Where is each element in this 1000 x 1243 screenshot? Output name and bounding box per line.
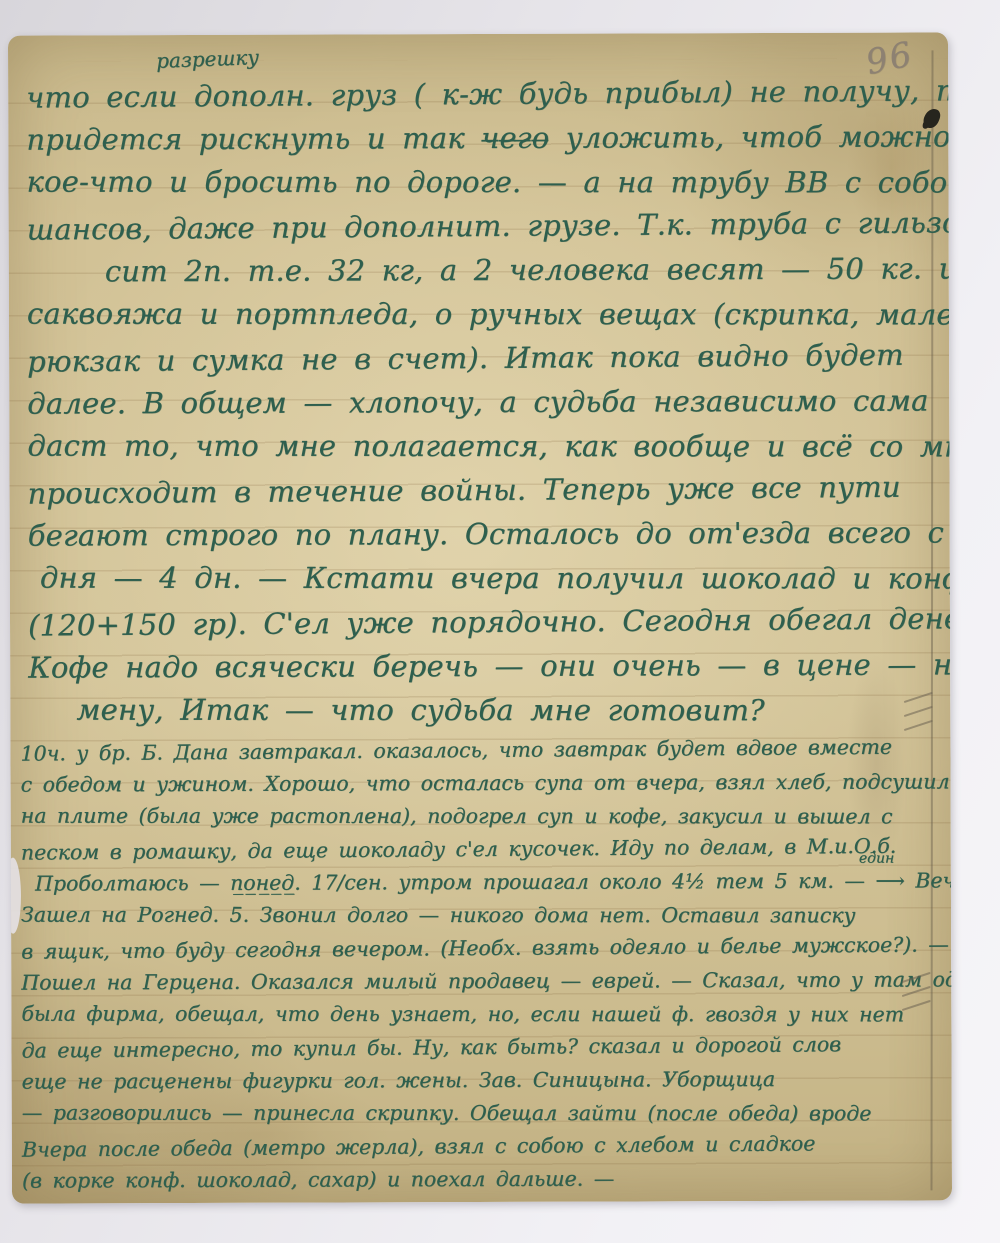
manuscript-line: шансов, даже при дополнит. грузе. Т.к. т… [26,200,936,251]
paper-edge-chip [8,858,21,934]
manuscript-line: рюкзак и сумка не в счет). Итак пока вид… [27,332,937,383]
manuscript-line: придется рискнуть и так ч̶е̶г̶о̶ уложить… [26,114,936,161]
manuscript-line: дня — 4 дн. — Кстати вчера получил шокол… [28,556,938,601]
hatch-stroke [904,692,933,704]
manuscript-line: Зашел на Рогнед. 5. Звонил долго — никог… [21,899,941,933]
manuscript-line: Пошел на Герцена. Оказался милый продаве… [21,963,941,999]
manuscript-line: песком в ромашку, да еще шоколаду с'ел к… [21,829,941,869]
manuscript-line: кое-что и бросить по дороге. — а на труб… [26,160,936,205]
manuscript-line: 10ч. у бр. Б. Дана завтракал. оказалось,… [20,730,940,770]
manuscript-line: Проболтаюсь — п̲о̲н̲е̲д̲. 17/сен. утром … [21,864,941,900]
margin-note: един [859,851,894,867]
manuscript-line: (в корке конф. шоколад, сахар) и поехал … [22,1161,942,1197]
margin-hatch-marks [901,972,935,1018]
hatch-stroke [902,972,931,984]
manuscript-line: бегают строго по плану. Осталось до от'е… [28,510,938,557]
manuscript-line: что если дополн. груз ( к-ж будь прибыл)… [26,68,936,119]
manuscript-line: даст то, что мне полагается, как вообще … [27,424,937,469]
manuscript-line: Кофе надо всячески беречь — они очень — … [28,642,938,689]
paragraph-large: что если дополн. груз ( к-ж будь прибыл)… [26,70,938,733]
manuscript-line: далее. В общем — хлопочу, а судьба незав… [27,378,937,425]
manuscript-line: была фирма, обещал, что день узнает, но,… [21,998,941,1032]
manuscript-line: — разговорились — принесла скрипку. Обещ… [22,1097,942,1131]
margin-hatch-marks [903,692,937,738]
hatch-stroke [902,1000,931,1012]
manuscript-line: сит 2п. т.е. 32 кг, а 2 человека весят —… [27,246,937,293]
hatch-stroke [902,986,931,998]
manuscript-line: с обедом и ужином. Хорошо, что осталась … [21,765,941,801]
manuscript-page: 96 разрешку что если дополн. груз ( к-ж … [8,32,952,1203]
manuscript-line: еще не расценены фигурки гол. жены. Зав.… [22,1062,942,1098]
paragraph-small: 10ч. у бр. Б. Дана завтракал. оказалось,… [20,732,942,1197]
manuscript-line: на плите (была уже растоплена), подогрел… [21,800,941,834]
manuscript-line: Вчера после обеда (метро жерла), взял с … [22,1126,942,1166]
hatch-stroke [904,720,933,732]
manuscript-line: мену, Итак — что судьба мне готовит? [28,688,938,733]
manuscript-line: (120+150 гр). С'ел уже порядочно. Сегодн… [28,596,938,647]
manuscript-line: саквояжа и портпледа, о ручных вещах (ск… [27,292,937,337]
interlinear-insertion: разрешку [156,45,260,73]
manuscript-line: да еще интересно, то купил бы. Ну, как б… [21,1027,941,1067]
hatch-stroke [904,706,933,718]
manuscript-line: происходит в течение войны. Теперь уже в… [27,464,937,515]
manuscript-line: в ящик, что буду сегодня вечером. (Необх… [21,928,941,968]
